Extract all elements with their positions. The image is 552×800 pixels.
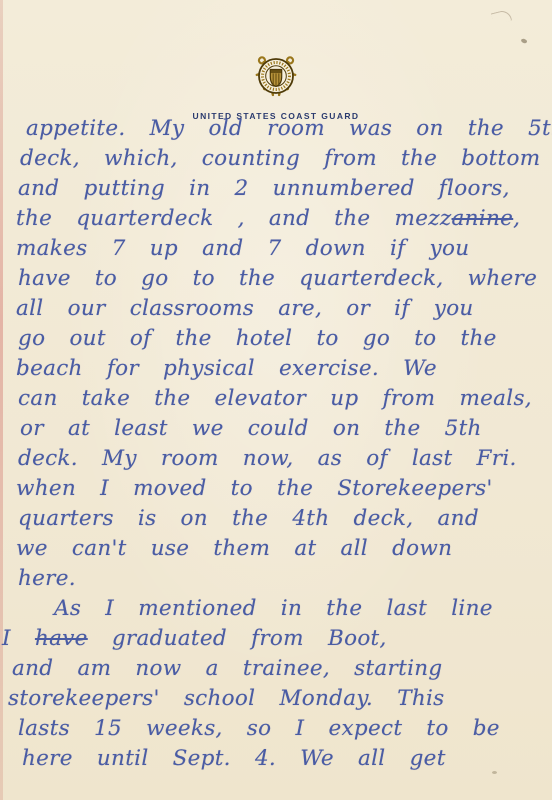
handwritten-text: and am now a trainee, starting [12, 656, 442, 681]
handwritten-text: As I mentioned in the last line [54, 596, 493, 621]
letter-line: makes 7 up and 7 down if you [0, 234, 552, 264]
letter-line: As I mentioned in the last line [0, 594, 552, 624]
letter-line: go out of the hotel to go to the [0, 324, 552, 354]
letter-line: the quarterdeck , and the mezzanine, [0, 204, 552, 234]
handwritten-text: here until Sept. 4. We all get [22, 746, 446, 771]
letter-line: beach for physical exercise. We [0, 354, 552, 384]
letter-line: and putting in 2 unnumbered floors, [0, 174, 552, 204]
letterhead: UNITED STATES COAST GUARD [0, 0, 552, 121]
letter-line: we can't use them at all down [0, 534, 552, 564]
handwritten-text: storekeepers' school Monday. This [8, 686, 445, 711]
letter-line: deck, which, counting from the bottom [0, 144, 552, 174]
coast-guard-seal-icon [248, 46, 304, 104]
handwritten-text: the quarterdeck , and the mezz [16, 206, 452, 231]
handwritten-text: beach for physical exercise. We [16, 356, 437, 381]
letter-line: deck. My room now, as of last Fri. [0, 444, 552, 474]
handwritten-text: deck, which, counting from the bottom [20, 146, 540, 171]
handwritten-text: and putting in 2 unnumbered floors, [18, 176, 510, 201]
handwritten-text: we can't use them at all down [16, 536, 452, 561]
handwritten-text: graduated from Boot, [88, 626, 387, 651]
handwritten-text: all our classrooms are, or if you [16, 296, 474, 321]
handwritten-text: go out of the hotel to go to the [18, 326, 497, 351]
letter-line: appetite. My old room was on the 5th [0, 114, 552, 144]
letter-line: when I moved to the Storekeepers' [0, 474, 552, 504]
letter-page: UNITED STATES COAST GUARD appetite. My o… [0, 0, 552, 800]
handwritten-text: appetite. My old room was on the 5th [26, 116, 552, 141]
handwritten-text: when I moved to the Storekeepers' [16, 476, 493, 501]
letter-line: quarters is on the 4th deck, and [0, 504, 552, 534]
letter-line: here. [0, 564, 552, 594]
handwritten-text: I [2, 626, 35, 651]
handwritten-text: here. [18, 566, 76, 591]
handwritten-text: lasts 15 weeks, so I expect to be [18, 716, 500, 741]
letter-line: lasts 15 weeks, so I expect to be [0, 714, 552, 744]
letter-line: I have graduated from Boot, [0, 624, 552, 654]
crossed-out-word: anine [452, 206, 514, 231]
letter-line: and am now a trainee, starting [0, 654, 552, 684]
letter-line: here until Sept. 4. We all get [0, 744, 552, 774]
letter-body: appetite. My old room was on the 5thdeck… [0, 114, 552, 774]
letter-line: or at least we could on the 5th [0, 414, 552, 444]
letter-line: storekeepers' school Monday. This [0, 684, 552, 714]
handwritten-text: , [513, 206, 520, 231]
letter-line: all our classrooms are, or if you [0, 294, 552, 324]
letter-line: have to go to the quarterdeck, where [0, 264, 552, 294]
letter-line: can take the elevator up from meals, [0, 384, 552, 414]
handwritten-text: or at least we could on the 5th [20, 416, 482, 441]
handwritten-text: deck. My room now, as of last Fri. [18, 446, 517, 471]
crossed-out-word: have [35, 626, 88, 651]
handwritten-text: quarters is on the 4th deck, and [18, 506, 479, 531]
handwritten-text: makes 7 up and 7 down if you [16, 236, 469, 261]
handwritten-text: can take the elevator up from meals, [18, 386, 532, 411]
handwritten-text: have to go to the quarterdeck, where [18, 266, 537, 291]
